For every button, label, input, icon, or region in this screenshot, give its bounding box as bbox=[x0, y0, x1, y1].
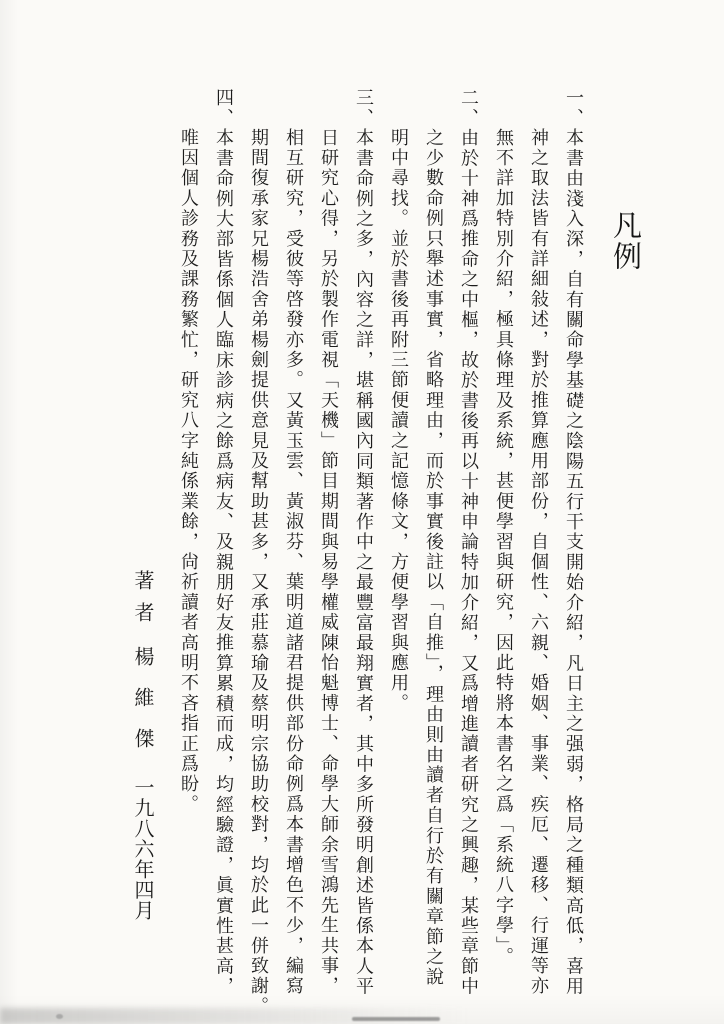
scan-edge-mark bbox=[352, 1017, 440, 1021]
text-column: 明中尋找。並於書後再附三節便讀之記憶條文，方便學習與應用。 bbox=[381, 88, 416, 1016]
scan-speck bbox=[56, 1014, 63, 1019]
scan-edge-smudge bbox=[0, 1008, 470, 1024]
text-column: 三、本書命例之多，內容之詳，堪稱國內同類著作中之最豐富最翔實者，其中多所發明創述… bbox=[346, 88, 381, 1016]
section-title: 凡例 bbox=[603, 88, 647, 1016]
text-column: 唯因個人診務及課務繁忙，研究八字純係業餘，尙祈讀者高明不吝指正爲盼。 bbox=[171, 88, 206, 1016]
text-column: 一、本書由淺入深，自有關命學基礎之陰陽五行干支開始介紹，凡日主之强弱，格局之種類… bbox=[556, 88, 591, 1016]
author-label: 著者 bbox=[131, 570, 153, 634]
text-column: 四、本書命例大部皆係個人臨床診病之餘爲病友、及親朋好友推算累積而成，均經驗證，眞… bbox=[206, 88, 241, 1016]
text-column: 相互研究，受彼等啓發亦多。又黃玉雲、黃淑芬、葉明道諸君提供部份命例爲本書增色不少… bbox=[276, 88, 311, 1016]
text-column: 日研究心得，另於製作電視「天機」節目期間與易學權威陳怡魁博士、命學大師余雪鴻先生… bbox=[311, 88, 346, 1016]
text-column: 之少數命例只舉述事實，省略理由，而於事實後註以「自推」，理由則由讀者自行於有關章… bbox=[416, 88, 451, 1016]
scanned-book-page: 凡例 一、本書由淺入深，自有關命學基礎之陰陽五行干支開始介紹，凡日主之强弱，格局… bbox=[0, 0, 724, 1024]
signature-column: 著者楊維傑一九八六年四月 bbox=[124, 88, 159, 1016]
author-name: 楊維傑 bbox=[131, 646, 153, 769]
text-block: 凡例 一、本書由淺入深，自有關命學基礎之陰陽五行干支開始介紹，凡日主之强弱，格局… bbox=[124, 88, 647, 1016]
publication-date: 一九八六年四月 bbox=[131, 777, 153, 921]
text-column: 期間復承家兄楊浩舍弟楊劍提供意見及幫助甚多，又承莊慕瑜及蔡明宗協助校對，均於此一… bbox=[241, 88, 276, 1016]
text-column: 二、由於十神爲推命之中樞，故於書後再以十神申論特加介紹，又爲增進讀者研究之興趣，… bbox=[451, 88, 486, 1016]
text-column: 無不詳加特別介紹，極具條理及系統，甚便學習與研究，因此特將本書名之爲「系統八字學… bbox=[486, 88, 521, 1016]
text-column: 神之取法皆有詳細敍述，對於推算應用部份，自個性、六親、婚姻、事業、疾厄、遷移、行… bbox=[521, 88, 556, 1016]
